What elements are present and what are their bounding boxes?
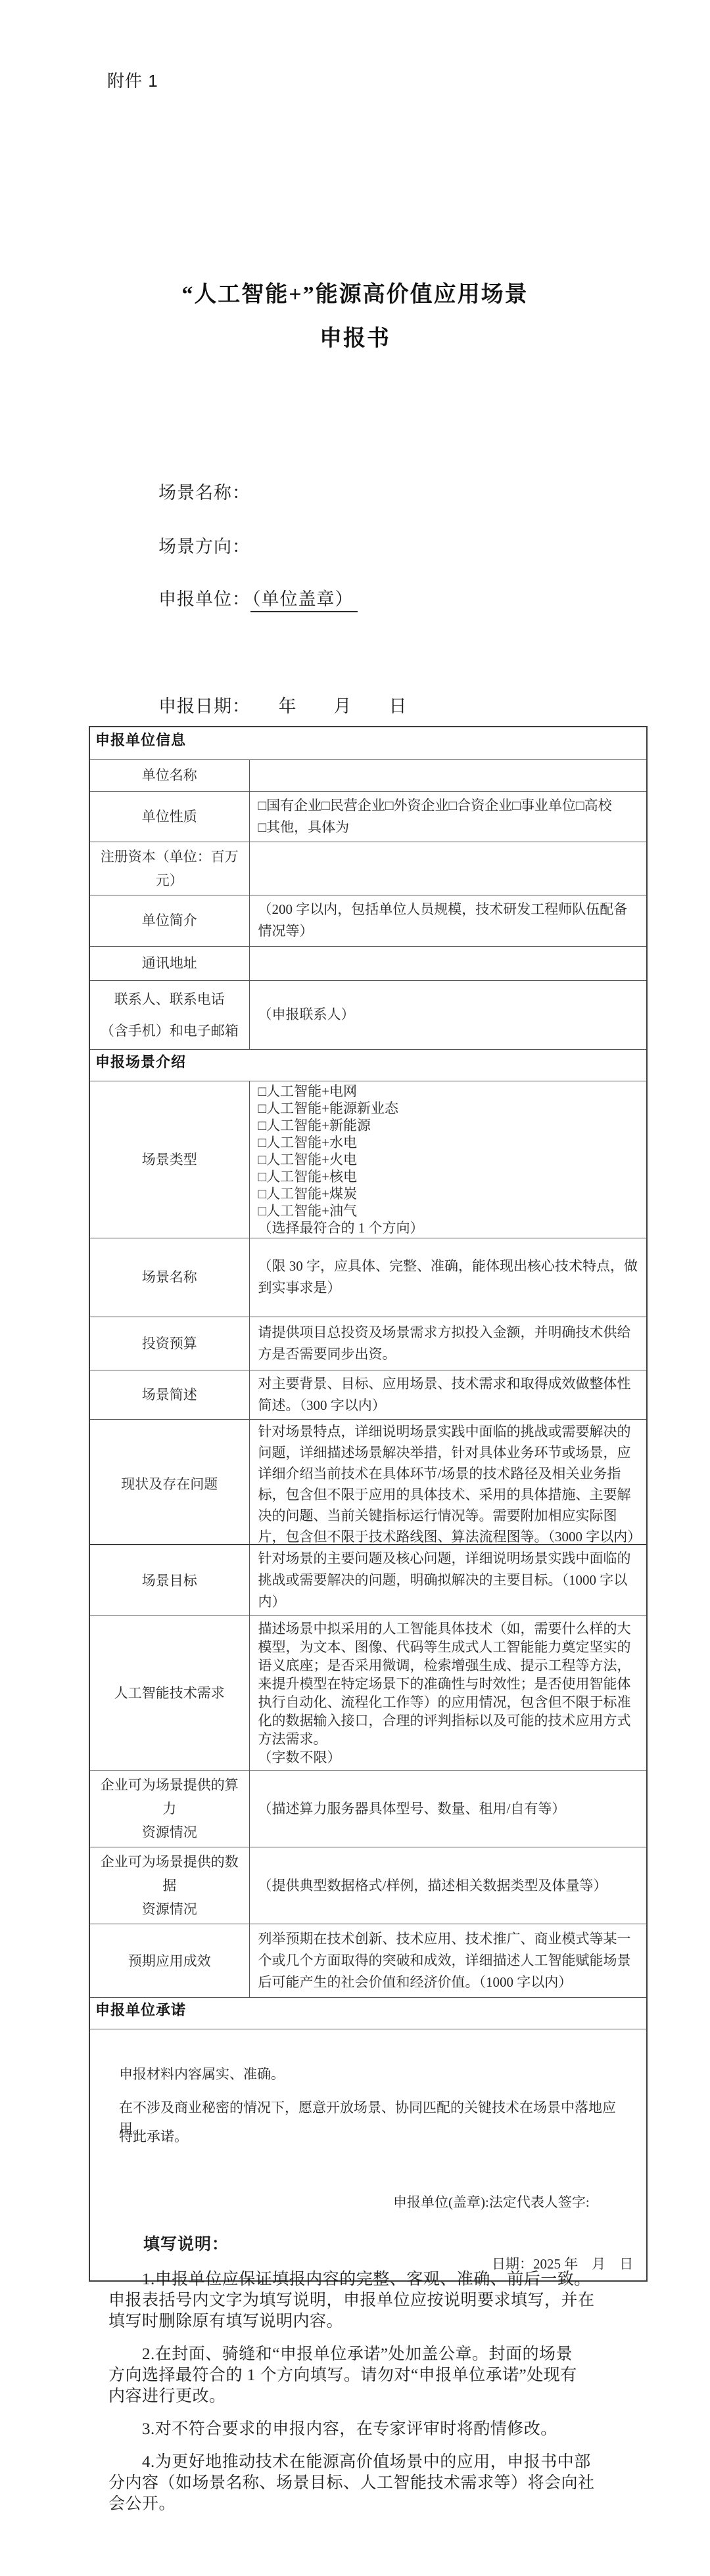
- section-header-row: 申报单位信息: [89, 727, 647, 759]
- filling-instruction-item-4: 4.为更好地推动技术在能源高价值场景中的应用，申报书中部 分内容（如场景名称、场…: [108, 2452, 603, 2515]
- cover-applicant-label: 申报单位：: [158, 589, 250, 609]
- table-row: 场景名称 （限 30 字，应具体、完整、准确，能体现出核心技术特点，做到实事求是…: [89, 1238, 647, 1317]
- field-label-unit-profile: 单位简介: [89, 895, 249, 946]
- document-title-line2: 申报书: [0, 320, 710, 352]
- field-label-registered-capital: 注册资本（单位：百万 元）: [89, 842, 249, 895]
- table-row: 通讯地址: [89, 946, 647, 980]
- section-header-unit-info: 申报单位信息: [89, 727, 647, 759]
- filling-instruction-item-2: 2.在封面、骑缝和“申报单位承诺”处加盖公章。封面的场景 方向选择最符合的 1 …: [108, 2344, 603, 2407]
- field-label-scene-name: 场景名称: [89, 1238, 249, 1317]
- field-label-compute-resources: 企业可为场景提供的算力 资源情况: [89, 1771, 249, 1847]
- field-value-mailing-address: [249, 946, 647, 980]
- section-header-scene-intro: 申报场景介绍: [89, 1049, 647, 1081]
- document-title-line1: “人工智能+”能源高价值应用场景: [0, 276, 710, 308]
- cover-scene-direction-field: 场景方向：: [158, 532, 250, 558]
- cover-scene-name-label: 场景名称：: [158, 483, 250, 503]
- field-value-expected-outcome: 列举预期在技术创新、技术应用、技术推广、商业模式等某一个或几个方面取得的突破和成…: [249, 1924, 647, 1998]
- commitment-signature-line: 申报单位(盖章):法定代表人签字:: [393, 2192, 590, 2213]
- table-row: 单位名称: [89, 759, 647, 791]
- section-header-row: 申报场景介绍: [89, 1049, 647, 1081]
- table-row: 企业可为场景提供的算力 资源情况 （描述算力服务器具体型号、数量、租用/自有等）: [89, 1771, 647, 1847]
- field-label-ai-tech-requirement: 人工智能技术需求: [89, 1616, 249, 1771]
- field-label-data-resources: 企业可为场景提供的数据 资源情况: [89, 1847, 249, 1924]
- field-value-unit-nature: □国有企业□民营企业□外资企业□合资企业□事业单位□高校 □其他，具体为: [249, 791, 647, 842]
- table-row: 单位性质 □国有企业□民营企业□外资企业□合资企业□事业单位□高校 □其他，具体…: [89, 791, 647, 842]
- field-value-registered-capital: [249, 842, 647, 895]
- table-row: 联系人、联系电话 （含手机）和电子邮箱 （申报联系人）: [89, 980, 647, 1049]
- field-label-scene-summary: 场景简述: [89, 1370, 249, 1419]
- table-row: 现状及存在问题 针对场景特点，详细说明场景实践中面临的挑战或需要解决的问题，详细…: [89, 1419, 647, 1549]
- filling-instructions: 填写说明： 1.申报单位应保证填报内容的完整、客观、准确、前后一致。 申报表括号…: [108, 2234, 603, 2527]
- table-row: 预期应用成效 列举预期在技术创新、技术应用、技术推广、商业模式等某一个或几个方面…: [89, 1924, 647, 1998]
- field-label-investment-budget: 投资预算: [89, 1317, 249, 1370]
- field-value-scene-name: （限 30 字，应具体、完整、准确，能体现出核心技术特点，做到实事求是）: [249, 1238, 647, 1317]
- field-value-unit-name: [249, 759, 647, 791]
- table-row: 场景类型 □人工智能+电网 □人工智能+能源新业态 □人工智能+新能源 □人工智…: [89, 1081, 647, 1238]
- cover-applicant-seal-blank: （单位盖章）: [250, 589, 358, 612]
- table-row: 企业可为场景提供的数据 资源情况 （提供典型数据格式/样例，描述相关数据类型及体…: [89, 1847, 647, 1924]
- filling-instruction-item-3: 3.对不符合要求的申报内容，在专家评审时将酌情修改。: [108, 2419, 603, 2440]
- filling-instructions-title: 填写说明：: [108, 2234, 603, 2255]
- field-label-scene-goal: 场景目标: [89, 1545, 249, 1616]
- table-row: 场景简述 对主要背景、目标、应用场景、技术需求和取得成效做整体性简述。（300 …: [89, 1370, 647, 1419]
- filling-instruction-item-1: 1.申报单位应保证填报内容的完整、客观、准确、前后一致。 申报表括号内文字为填写…: [108, 2269, 603, 2332]
- commitment-paragraph-1: 申报材料内容属实、准确。: [119, 2064, 637, 2085]
- field-value-data-resources: （提供典型数据格式/样例，描述相关数据类型及体量等）: [249, 1847, 647, 1924]
- scene-detail-table: 场景目标 针对场景的主要问题及核心问题，详细说明场景实践中面临的挑战或需要解决的…: [89, 1544, 648, 2282]
- field-value-status-problems: 针对场景特点，详细说明场景实践中面临的挑战或需要解决的问题，详细描述场景解决举措…: [249, 1419, 647, 1549]
- field-label-contact: 联系人、联系电话 （含手机）和电子邮箱: [89, 980, 249, 1049]
- table-row: 场景目标 针对场景的主要问题及核心问题，详细说明场景实践中面临的挑战或需要解决的…: [89, 1545, 647, 1616]
- application-form-page: 附件 1 “人工智能+”能源高价值应用场景 申报书 场景名称： 场景方向： 申报…: [0, 0, 710, 2576]
- field-value-scene-goal: 针对场景的主要问题及核心问题，详细说明场景实践中面临的挑战或需要解决的问题，明确…: [249, 1545, 647, 1616]
- cover-date-field: 申报日期： 年 月 日: [158, 692, 408, 717]
- field-value-ai-tech-requirement: 描述场景中拟采用的人工智能具体技术（如，需要什么样的大模型，为文本、图像、代码等…: [249, 1616, 647, 1771]
- section-header-row: 申报单位承诺: [89, 1998, 647, 2029]
- field-value-investment-budget: 请提供项目总投资及场景需求方拟投入金额，并明确技术供给方是否需要同步出资。: [249, 1317, 647, 1370]
- cover-applicant-field: 申报单位：（单位盖章）: [158, 585, 358, 610]
- field-label-status-problems: 现状及存在问题: [89, 1419, 249, 1549]
- field-value-contact: （申报联系人）: [249, 980, 647, 1049]
- field-label-scene-type: 场景类型: [89, 1081, 249, 1238]
- field-value-unit-profile: （200 字以内，包括单位人员规模，技术研发工程师队伍配备情况等）: [249, 895, 647, 946]
- field-label-mailing-address: 通讯地址: [89, 946, 249, 980]
- unit-info-table: 申报单位信息 单位名称 单位性质 □国有企业□民营企业□外资企业□合资企业□事业…: [89, 726, 648, 1550]
- field-label-unit-nature: 单位性质: [89, 791, 249, 842]
- table-row: 注册资本（单位：百万 元）: [89, 842, 647, 895]
- field-value-scene-summary: 对主要背景、目标、应用场景、技术需求和取得成效做整体性简述。（300 字以内）: [249, 1370, 647, 1419]
- field-value-scene-type-checkbox-list: □人工智能+电网 □人工智能+能源新业态 □人工智能+新能源 □人工智能+水电 …: [249, 1081, 647, 1238]
- cover-scene-name-field: 场景名称：: [158, 478, 250, 504]
- table-row: 投资预算 请提供项目总投资及场景需求方拟投入金额，并明确技术供给方是否需要同步出…: [89, 1317, 647, 1370]
- commitment-paragraph-3: 特此承诺。: [119, 2126, 637, 2147]
- field-label-unit-name: 单位名称: [89, 759, 249, 791]
- table-row: 人工智能技术需求 描述场景中拟采用的人工智能具体技术（如，需要什么样的大模型，为…: [89, 1616, 647, 1771]
- section-header-commitment: 申报单位承诺: [89, 1998, 647, 2029]
- field-value-compute-resources: （描述算力服务器具体型号、数量、租用/自有等）: [249, 1771, 647, 1847]
- table-row: 单位简介 （200 字以内，包括单位人员规模，技术研发工程师队伍配备情况等）: [89, 895, 647, 946]
- cover-scene-direction-label: 场景方向：: [158, 537, 250, 556]
- attachment-label: 附件 1: [107, 68, 158, 92]
- field-label-expected-outcome: 预期应用成效: [89, 1924, 249, 1998]
